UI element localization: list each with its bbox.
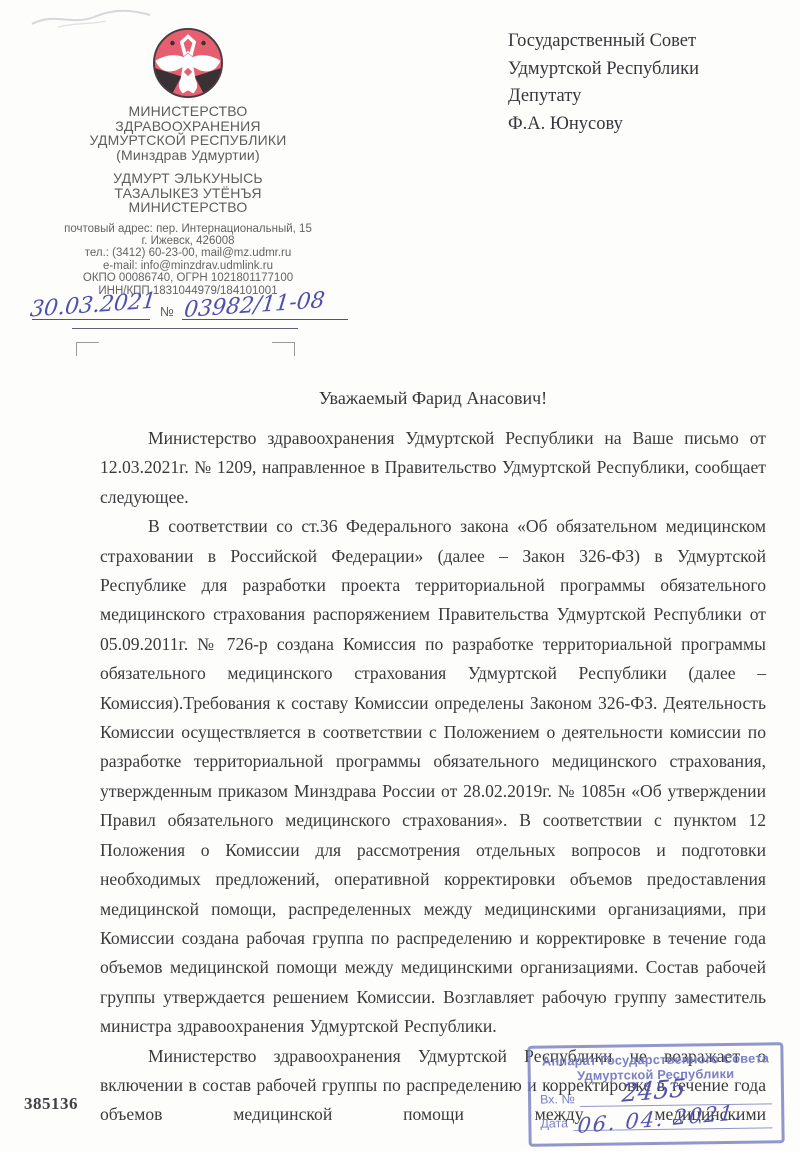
ministry-line: МИНИСТЕРСТВО bbox=[30, 200, 346, 215]
outgoing-number-field: 03982/11-08 bbox=[182, 295, 348, 320]
salutation: Уважаемый Фарид Анасович! bbox=[100, 388, 766, 409]
udmurtia-coat-of-arms-icon bbox=[149, 26, 227, 100]
number-sign-label: № bbox=[160, 304, 174, 319]
recipient-org-line: Государственный Совет bbox=[508, 28, 699, 56]
recipient-name-line: Ф.А. Юнусову bbox=[508, 111, 699, 139]
address-zone-corner-mark-left bbox=[76, 342, 99, 356]
ministry-name-udmurt: УДМУРТ ЭЛЬКУНЫСЬ ТАЗАЛЫКЕЗ УТЁНЪЯ МИНИСТ… bbox=[30, 171, 346, 215]
stamp-incoming-number-label: Вх. № bbox=[540, 1092, 575, 1107]
stamp-date-line: 06. 04. 2021. bbox=[573, 1113, 773, 1131]
postal-city: г. Ижевск, 426008 bbox=[30, 235, 346, 247]
ministry-line: ТАЗАЛЫКЕЗ УТЁНЪЯ bbox=[30, 186, 346, 201]
handwritten-incoming-number: 2455 bbox=[621, 1073, 687, 1108]
handwritten-outgoing-date: 30.03.2021 bbox=[29, 288, 157, 322]
email-line: e-mail: info@minzdrav.udmlink.ru bbox=[30, 260, 346, 272]
letter-body: Уважаемый Фарид Анасович! Министерство з… bbox=[100, 388, 766, 1130]
ministry-line: (Минздрав Удмуртии) bbox=[30, 148, 346, 163]
outgoing-reference-row: 30.03.2021 № 03982/11-08 bbox=[32, 290, 348, 320]
address-zone-corner-mark-right bbox=[272, 342, 295, 356]
paragraph: Министерство здравоохранения Удмуртской … bbox=[100, 424, 766, 512]
ministry-line: УДМУРТ ЭЛЬКУНЫСЬ bbox=[30, 171, 346, 186]
paragraph: В соответствии со ст.36 Федерального зак… bbox=[100, 512, 766, 1041]
ministry-name-russian: МИНИСТЕРСТВО ЗДРАВООХРАНЕНИЯ УДМУРТСКОЙ … bbox=[30, 104, 346, 162]
ministry-line: МИНИСТЕРСТВО bbox=[30, 104, 346, 119]
phone-line: тел.: (3412) 60-23-00, mail@mz.udmr.ru bbox=[30, 247, 346, 259]
handwritten-outgoing-number: 03982/11-08 bbox=[183, 288, 326, 323]
reference-blank-line bbox=[72, 328, 298, 329]
ministry-line: УДМУРТСКОЙ РЕСПУБЛИКИ bbox=[30, 133, 346, 148]
okpo-ogrn-line: ОКПО 00086740, ОГРН 1021801177100 bbox=[30, 272, 346, 284]
recipient-title-line: Депутату bbox=[508, 83, 699, 111]
postal-address: почтовый адрес: пер. Интернациональный, … bbox=[30, 223, 346, 235]
recipient-block: Государственный Совет Удмуртской Республ… bbox=[508, 28, 699, 138]
scanned-letter-page: МИНИСТЕРСТВО ЗДРАВООХРАНЕНИЯ УДМУРТСКОЙ … bbox=[0, 0, 800, 1151]
letterhead-contact-block: почтовый адрес: пер. Интернациональный, … bbox=[30, 223, 346, 297]
blank-form-number: 385136 bbox=[24, 1094, 78, 1114]
stamp-date-row: Дата 06. 04. 2021. bbox=[540, 1113, 772, 1131]
incoming-registration-stamp: Аппарат Государственного Совета Удмуртск… bbox=[527, 1042, 784, 1147]
outgoing-date-field: 30.03.2021 bbox=[32, 295, 150, 320]
ministry-line: ЗДРАВООХРАНЕНИЯ bbox=[30, 119, 346, 134]
stamp-date-label: Дата bbox=[540, 1116, 568, 1131]
letterhead: МИНИСТЕРСТВО ЗДРАВООХРАНЕНИЯ УДМУРТСКОЙ … bbox=[30, 26, 346, 297]
recipient-org-line: Удмуртской Республики bbox=[508, 56, 699, 84]
